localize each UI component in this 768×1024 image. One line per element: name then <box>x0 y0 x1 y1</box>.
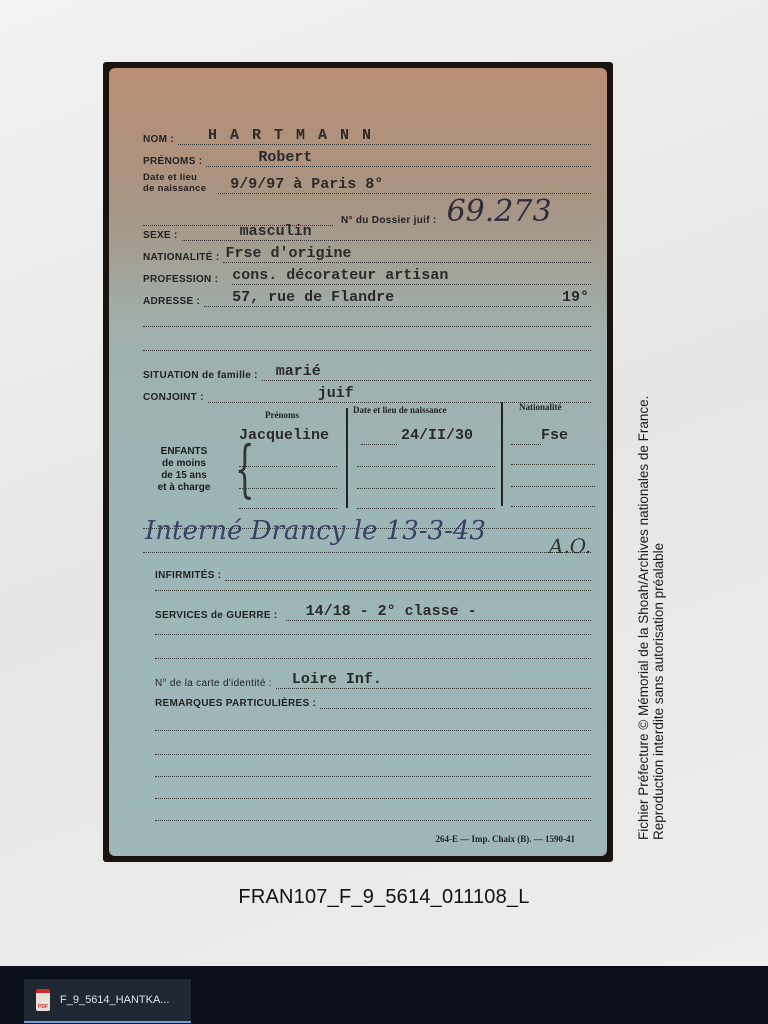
blank-line <box>155 776 591 777</box>
label-situation-small: de famille : <box>202 370 258 381</box>
label-nationalite: NATIONALITÉ : <box>143 252 219 263</box>
field-nationalite: NATIONALITÉ : Frse d'origine <box>143 246 591 263</box>
blank-line <box>143 326 591 327</box>
column-divider <box>346 408 348 508</box>
label-remarques: REMARQUES PARTICULIÈRES : <box>155 698 316 709</box>
label-naissance-2: de naissance <box>143 183 206 194</box>
blank-line <box>155 730 591 731</box>
label-adresse: ADRESSE : <box>143 296 200 307</box>
pdf-file-icon <box>36 989 50 1011</box>
blank-line <box>155 798 591 799</box>
label-prenoms: PRÉNOMS : <box>143 156 202 167</box>
blank-line <box>511 486 595 487</box>
handwritten-annotation: Interné Drancy le 13-3-43 <box>145 516 486 546</box>
value-adresse: 57, rue de Flandre <box>232 290 394 306</box>
value-services-guerre: 14/18 - 2° classe - <box>306 604 477 620</box>
blank-line <box>143 552 591 553</box>
value-carte-identite: Loire Inf. <box>292 672 382 688</box>
printer-mark: 264-E — Imp. Chaix (B). — 1590-41 <box>435 834 575 844</box>
child-prenom: Jacqueline <box>239 428 329 856</box>
taskbar-item-pdf[interactable]: F_9_5614_HANTKA... <box>24 979 191 1023</box>
blank-line <box>511 506 595 507</box>
field-conjoint: CONJOINT : juif <box>143 386 591 403</box>
value-situation: marié <box>276 364 321 380</box>
column-divider <box>501 402 503 506</box>
label-sexe: SEXE : <box>143 230 178 241</box>
field-infirmites: INFIRMITÉS : <box>155 564 591 581</box>
field-situation: SITUATION de famille : marié <box>143 364 591 381</box>
handwritten-initials: A.O. <box>549 534 591 558</box>
taskbar: F_9_5614_HANTKA... <box>0 966 768 1024</box>
field-nom: NOM : H A R T M A N N <box>143 128 591 145</box>
field-adresse: ADRESSE : 57, rue de Flandre 19° <box>143 290 591 307</box>
taskbar-item-label: F_9_5614_HANTKA... <box>60 994 169 1006</box>
value-conjoint: juif <box>318 386 354 402</box>
blank-line <box>155 590 591 591</box>
child-naissance: 24/II/30 <box>401 428 473 856</box>
copyright-notice: Fichier Préfecture © Mémorial de la Shoa… <box>636 396 666 840</box>
field-carte-identite: N° de la carte d'identité : Loire Inf. <box>155 672 591 689</box>
field-sexe: SEXE : masculin <box>143 224 591 241</box>
blank-line <box>357 466 495 467</box>
col-header-naissance: Date et lieu de naissance <box>353 405 447 415</box>
field-prenoms: PRÉNOMS : Robert <box>143 150 591 167</box>
blank-line <box>155 820 591 821</box>
field-services-guerre: SERVICES de GUERRE : 14/18 - 2° classe - <box>155 604 591 621</box>
blank-line <box>155 634 591 635</box>
blank-line <box>357 508 495 509</box>
index-card: NOM : H A R T M A N N PRÉNOMS : Robert D… <box>109 68 607 856</box>
blank-line <box>357 488 495 489</box>
blank-line <box>155 754 591 755</box>
value-sexe: masculin <box>240 224 312 240</box>
col-header-nationalite: Nationalité <box>519 402 562 412</box>
blank-line <box>239 488 337 489</box>
blank-line <box>239 466 337 467</box>
document-caption: FRAN107_F_9_5614_011108_L <box>0 886 768 909</box>
col-header-prenoms: Prénoms <box>265 410 299 420</box>
label-services: SERVICES <box>155 610 208 621</box>
value-dossier: 69.273 <box>447 198 552 226</box>
value-prenoms: Robert <box>258 150 312 166</box>
blank-line <box>511 464 595 465</box>
blank-line <box>239 508 337 509</box>
label-conjoint: CONJOINT : <box>143 392 204 403</box>
label-naissance-1: Date et lieu <box>143 172 197 183</box>
value-profession: cons. décorateur artisan <box>232 268 448 284</box>
enfants-label: ENFANTS de moins de 15 ans et à charge <box>149 446 219 494</box>
value-nom: H A R T M A N N <box>208 128 373 144</box>
label-nom: NOM : <box>143 134 174 145</box>
label-carte-identite: N° de la carte d'identité : <box>155 678 272 689</box>
field-naissance: Date et lieu de naissance 9/9/97 à Paris… <box>143 172 591 194</box>
field-remarques: REMARQUES PARTICULIÈRES : <box>155 692 591 709</box>
label-profession: PROFESSION : <box>143 274 218 285</box>
label-infirmites: INFIRMITÉS : <box>155 570 221 581</box>
blank-line <box>143 350 591 351</box>
label-situation: SITUATION <box>143 370 199 381</box>
field-profession: PROFESSION : cons. décorateur artisan <box>143 268 591 285</box>
blank-line <box>155 658 591 659</box>
value-nationalite: Frse d'origine <box>225 246 351 262</box>
child-nationalite: Fse <box>541 428 568 856</box>
value-naissance: 9/9/97 à Paris 8° <box>230 177 383 193</box>
field-dossier: N° du Dossier juif : 69.273 <box>143 198 591 226</box>
value-arrondissement: 19° <box>562 290 589 306</box>
document-viewer: NOM : H A R T M A N N PRÉNOMS : Robert D… <box>0 0 768 966</box>
